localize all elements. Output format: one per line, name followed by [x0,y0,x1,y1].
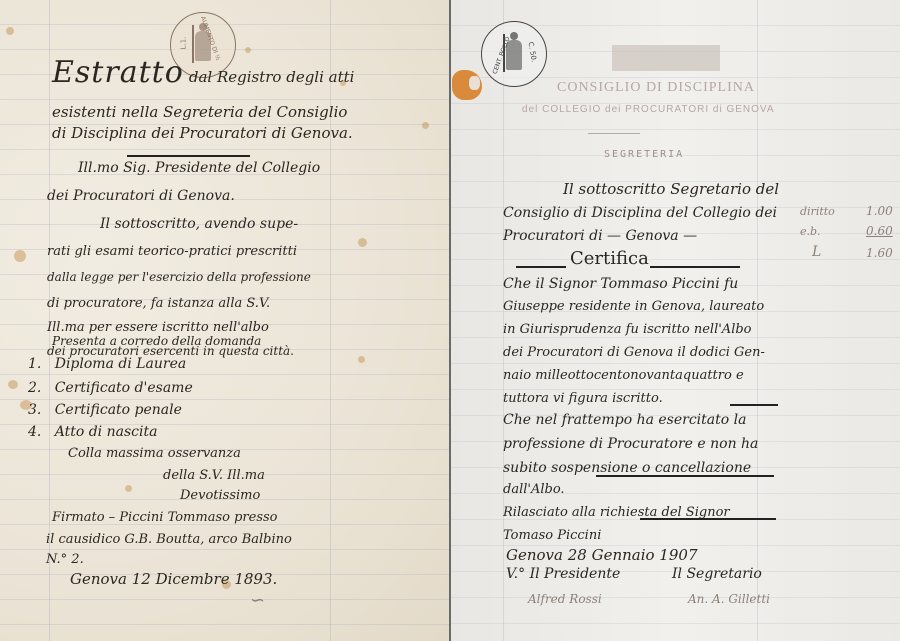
secretary-signature: An. A. Gilletti [688,592,770,606]
certificate-line: naio milleottocentonovantaquattro e [503,368,744,383]
divider-rule [650,266,740,268]
president-signature: Alfred Rossi [528,592,602,606]
certificate-date: Genova 28 Gennaio 1907 [506,546,697,564]
foxing-spot [422,122,429,129]
attachment-item: 1. Diploma di Laurea [28,356,186,372]
letterhead-section: SEGRETERIA [604,149,684,160]
foxing-spot [8,380,18,389]
signature-line: Firmato – Piccini Tommaso presso [52,510,278,525]
divider-rule [516,266,566,268]
foxing-spot [358,238,367,247]
fee-label: diritto [800,205,835,218]
document-date: Genova 12 Dicembre 1893. [70,570,277,588]
divider-rule [127,155,250,157]
closing-line: Devotissimo [180,488,260,503]
margin-line [757,0,758,641]
certificate-line: subito sospensione o cancellazione [503,460,751,476]
stamp-text: C. 50. [526,41,537,63]
foxing-spot [125,485,132,492]
body-line: dei Procuratori di Genova. [47,188,235,204]
document-title: Estratto dal Registro degli atti [52,55,354,90]
body-line: dalla legge per l'esercizio della profes… [47,270,311,284]
body-line: di procuratore, fa istanza alla S.V. [47,296,270,311]
left-document-sheet: L.1. AUMENTO DI ½ Estratto dal Registro … [0,0,449,641]
body-line: Presenta a corredo della domanda [52,334,261,348]
certificate-line: dall'Albo. [503,482,565,497]
foxing-spot [6,27,14,35]
attachment-item: 4. Atto di nascita [28,424,157,440]
divider-rule [640,518,776,520]
letterhead-rule [588,133,640,134]
certificate-line: in Giurisprudenza fu iscritto nell'Albo [503,322,752,337]
certificate-line: Che nel frattempo ha esercitato la [503,412,746,428]
foxing-spot [14,250,26,262]
body-line: rati gli esami teorico-pratici prescritt… [47,244,297,259]
certificate-line: Tomaso Piccini [503,528,601,543]
certificate-line: Che il Signor Tommaso Piccini fu [503,276,738,292]
certifica-heading: Certifica [570,248,649,269]
stamp-text: L.1. [179,37,187,50]
certificate-line: Giuseppe residente in Genova, laureato [503,299,764,314]
margin-line [503,0,504,641]
margin-line [330,0,331,641]
foxing-spot [358,356,365,363]
title-line: esistenti nella Segreteria del Consiglio [52,103,347,121]
right-document-sheet [449,0,900,641]
certificate-line: professione di Procuratore e non ha [503,436,758,452]
foxing-spot [245,47,251,53]
president-label: V.° Il Presidente [506,566,620,582]
attachment-item: 3. Certificato penale [28,402,182,418]
certificate-line: tuttora vi figura iscritto. [503,391,663,406]
torn-wax-seal [452,70,482,100]
signature-line: il causidico G.B. Boutta, arco Balbino [46,532,292,547]
letterhead-title: CONSIGLIO DI DISCIPLINA [557,80,755,96]
fee-currency: L [812,244,821,260]
fee-amount: 1.00 [866,204,893,218]
divider-rule [596,475,774,477]
signature-line: N.° 2. [46,552,84,567]
revenue-stamp: CENT. BOLLO C. 50. [481,21,547,87]
intro-line: Consiglio di Disciplina del Collegio dei [503,205,777,221]
body-line: Il sottoscritto, avendo supe- [100,216,298,232]
attachment-item: 2. Certificato d'esame [28,380,193,396]
fee-amount: 0.60 [866,224,893,238]
body-line: Ill.mo Sig. Presidente del Collegio [78,160,320,176]
fee-total: 1.60 [866,246,893,260]
intro-line: Il sottoscritto Segretario del [563,180,779,198]
divider-rule [730,404,778,406]
title-line: di Disciplina dei Procuratori di Genova. [52,124,353,142]
closing-line: Colla massima osservanza [68,446,241,461]
closing-line: della S.V. Ill.ma [163,468,265,483]
secretary-label: Il Segretario [672,566,762,582]
letterhead-subtitle: del COLLEGIO dei PROCURATORI di GENOVA [522,104,775,115]
intro-line: Procuratori di — Genova — [503,228,697,244]
body-line: Ill.ma per essere iscritto nell'albo [47,320,269,335]
faded-ink-block [612,45,720,71]
paraph-flourish: ∽ [250,590,265,611]
certificate-line: dei Procuratori di Genova il dodici Gen- [503,345,765,360]
fee-label: e.b. [800,225,821,238]
